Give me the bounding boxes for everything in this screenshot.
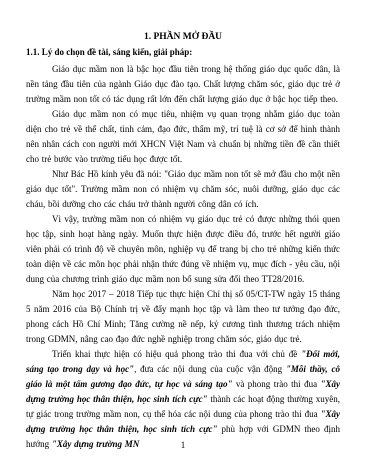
body-text: Giáo dục mầm non là bậc học đầu tiên tro…: [26, 64, 340, 104]
document-title: 1. PHẦN MỞ ĐẦU: [26, 30, 340, 45]
body-text: Giáo dục mầm non có mục tiêu, nhiệm vụ q…: [26, 109, 340, 164]
paragraph: Giáo dục mầm non là bậc học đầu tiên tro…: [26, 62, 340, 107]
document-page: 1. PHẦN MỞ ĐẦU 1.1. Lý do chọn đề tài, s…: [0, 0, 366, 473]
paragraph: Triển khai thực hiện có hiệu quả phong t…: [26, 347, 340, 452]
paragraph: Như Bác Hồ kính yêu đã nói: "Giáo dục mầ…: [26, 167, 340, 212]
body-text: Năm học 2017 – 2018 Tiếp tục thực hiện C…: [26, 289, 340, 344]
body-text: Triển khai thực hiện có hiệu quả phong t…: [52, 349, 301, 359]
paragraph: Vì vậy, trường mầm non có nhiệm vụ giáo …: [26, 212, 340, 287]
body-text: Vì vậy, trường mầm non có nhiệm vụ giáo …: [26, 214, 340, 284]
paragraph: Giáo dục mầm non có mục tiêu, nhiệm vụ q…: [26, 107, 340, 167]
paragraphs: Giáo dục mầm non là bậc học đầu tiên tro…: [26, 62, 340, 452]
body-text: Như Bác Hồ kính yêu đã nói: "Giáo dục mầ…: [26, 169, 340, 209]
body-text: và phong trào thi đua: [232, 379, 320, 389]
page-number: 1: [0, 439, 366, 451]
body-text: , đưa các nội dung của cuộc vận động: [134, 364, 286, 374]
paragraph: Năm học 2017 – 2018 Tiếp tục thực hiện C…: [26, 287, 340, 347]
section-heading: 1.1. Lý do chọn đề tài, sáng kiến, giải …: [26, 45, 340, 60]
